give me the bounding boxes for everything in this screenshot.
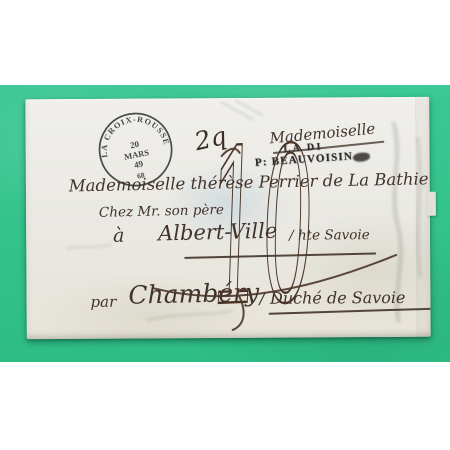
fold-flap xyxy=(427,192,436,216)
photo-background: LA CROIX-ROUSSE 20 MARS 49 68 2q Mademoi… xyxy=(0,85,450,362)
folded-letter-cover: LA CROIX-ROUSSE 20 MARS 49 68 2q Mademoi… xyxy=(25,97,430,339)
rate-mark-figure: 10 xyxy=(204,103,319,354)
fold-shade xyxy=(416,97,430,337)
rate-mark: 10 xyxy=(25,97,430,339)
photo-frame: LA CROIX-ROUSSE 20 MARS 49 68 2q Mademoi… xyxy=(0,0,450,450)
